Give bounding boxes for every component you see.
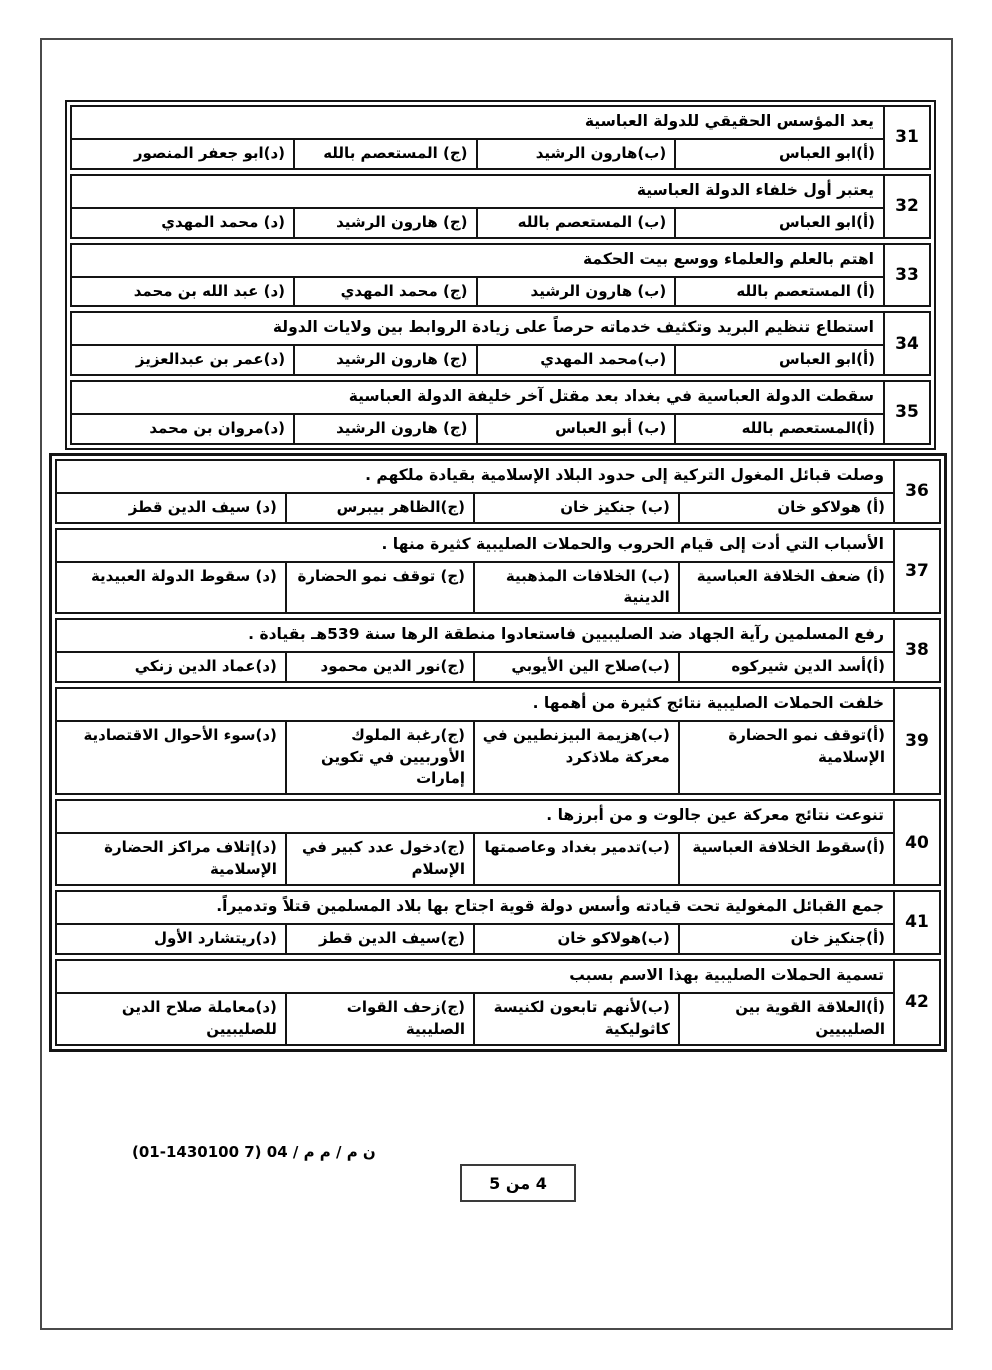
answer-options-row: (أ)ابو العباس(ب)محمد المهدي(ج) هارون الر… [72, 346, 883, 374]
answer-option: (ب)محمد المهدي [478, 346, 677, 374]
question-number: 36 [893, 461, 939, 522]
question-number: 32 [883, 176, 929, 237]
question-main: يعتبر أول خلفاء الدولة العباسية(أ)ابو ال… [72, 176, 883, 237]
questions-table-36-42: 36وصلت قبائل المغول التركية إلى حدود الب… [49, 453, 947, 1052]
question-block: 42تسمية الحملات الصليبية بهذا الاسم بسبب… [55, 959, 941, 1046]
answer-option: (ب)لأنهم تابعون لكنيسة كاثوليكية [475, 994, 680, 1044]
answer-option: (أ)جنكيز خان [680, 925, 893, 953]
question-block: 36وصلت قبائل المغول التركية إلى حدود الب… [55, 459, 941, 524]
question-block: 34استطاع تنظيم البريد وتكثيف خدماته حرصا… [70, 311, 931, 376]
answer-option: (ج)دخول عدد كبير في الإسلام [287, 834, 475, 884]
question-text: يعتبر أول خلفاء الدولة العباسية [72, 176, 883, 209]
question-block: 41جمع القبائل المغولية تحت قيادته وأسس د… [55, 890, 941, 955]
question-number: 38 [893, 620, 939, 681]
answer-option: (أ) المستعصم بالله [676, 278, 883, 306]
answer-option: (أ)توقف نمو الحضارة الإسلامية [680, 722, 893, 793]
answer-option: (د)عمر بن عبدالعزيز [72, 346, 295, 374]
question-text: تسمية الحملات الصليبية بهذا الاسم بسبب [57, 961, 893, 994]
question-number: 34 [883, 313, 929, 374]
question-main: يعد المؤسس الحقيقي للدولة العباسية(أ)ابو… [72, 107, 883, 168]
answer-option: (د) عبد الله بن محمد [72, 278, 295, 306]
question-number: 33 [883, 245, 929, 306]
page-number-box: 4 من 5 [460, 1164, 576, 1202]
question-number: 35 [883, 382, 929, 443]
question-block: 33اهتم بالعلم والعلماء ووسع بيت الحكمة(أ… [70, 243, 931, 308]
answer-option: (ب) هارون الرشيد [478, 278, 677, 306]
question-main: خلفت الحملات الصليبية نتائج كثيرة من أهم… [57, 689, 893, 793]
answer-option: (ج) هارون الرشيد [295, 346, 477, 374]
answer-option: (أ)أسد الدين شيركوه [680, 653, 893, 681]
question-text: يعد المؤسس الحقيقي للدولة العباسية [72, 107, 883, 140]
answer-option: (ج)زحف القوات الصليبية [287, 994, 475, 1044]
answer-option: (أ)ابو العباس [676, 346, 883, 374]
answer-options-row: (أ)توقف نمو الحضارة الإسلامية(ب)هزيمة ال… [57, 722, 893, 793]
answer-option: (ب) أبو العباس [478, 415, 677, 443]
answer-options-row: (أ)العلاقة القوية بين الصليبيين(ب)لأنهم … [57, 994, 893, 1044]
answer-option: (ج) توقف نمو الحضارة [287, 563, 475, 613]
answer-option: (أ) هولاكو خان [680, 494, 893, 522]
answer-option: (د) سيف الدين قطز [57, 494, 287, 522]
question-block: 40تنوعت نتائج معركة عين جالوت و من أبرزه… [55, 799, 941, 886]
question-main: وصلت قبائل المغول التركية إلى حدود البلا… [57, 461, 893, 522]
answer-option: (د)ريتشارد الأول [57, 925, 287, 953]
question-main: استطاع تنظيم البريد وتكثيف خدماته حرصاً … [72, 313, 883, 374]
question-text: خلفت الحملات الصليبية نتائج كثيرة من أهم… [57, 689, 893, 722]
question-number: 41 [893, 892, 939, 953]
question-number: 40 [893, 801, 939, 884]
answer-options-row: (أ) المستعصم بالله(ب) هارون الرشيد(ج) مح… [72, 278, 883, 306]
answer-options-row: (أ)ابو العباس(ب)هارون الرشيد(ج) المستعصم… [72, 140, 883, 168]
answer-option: (ج)رغبة الملوك الأوربيين في تكوين إمارات [287, 722, 475, 793]
question-text: جمع القبائل المغولية تحت قيادته وأسس دول… [57, 892, 893, 925]
question-text: سقطت الدولة العباسية في بغداد بعد مقتل آ… [72, 382, 883, 415]
question-text: اهتم بالعلم والعلماء ووسع بيت الحكمة [72, 245, 883, 278]
question-text: رفع المسلمين رآية الجهاد ضد الصليبيين فا… [57, 620, 893, 653]
answer-option: (أ)ابو العباس [676, 140, 883, 168]
answer-option: (ج)الظاهر بيبرس [287, 494, 475, 522]
answer-option: (ج) المستعصم بالله [295, 140, 477, 168]
answer-option: (د)عماد الدين زنكي [57, 653, 287, 681]
questions-table-31-35: 31يعد المؤسس الحقيقي للدولة العباسية(أ)ا… [65, 100, 936, 450]
question-main: تنوعت نتائج معركة عين جالوت و من أبرزها … [57, 801, 893, 884]
answer-option: (د) محمد المهدي [72, 209, 295, 237]
answer-option: (أ) ضعف الخلافة العباسية [680, 563, 893, 613]
question-block: 31يعد المؤسس الحقيقي للدولة العباسية(أ)ا… [70, 105, 931, 170]
question-main: جمع القبائل المغولية تحت قيادته وأسس دول… [57, 892, 893, 953]
question-number: 42 [893, 961, 939, 1044]
question-block: 32يعتبر أول خلفاء الدولة العباسية(أ)ابو … [70, 174, 931, 239]
answer-option: (أ)المستعصم بالله [676, 415, 883, 443]
question-main: تسمية الحملات الصليبية بهذا الاسم بسبب(أ… [57, 961, 893, 1044]
answer-option: (د)معاملة صلاح الدين للصليبيين [57, 994, 287, 1044]
answer-option: (ج)سيف الدين قطز [287, 925, 475, 953]
page-number-label: 4 من 5 [489, 1174, 547, 1193]
question-text: تنوعت نتائج معركة عين جالوت و من أبرزها … [57, 801, 893, 834]
document-code-arabic: ن م / م م / 04 [267, 1143, 376, 1161]
answer-option: (ب)هولاكو خان [475, 925, 680, 953]
answer-option: (أ)العلاقة القوية بين الصليبيين [680, 994, 893, 1044]
answer-option: (ب) جنكيز خان [475, 494, 680, 522]
answer-option: (د) سقوط الدولة العبيدية [57, 563, 287, 613]
answer-options-row: (أ)سقوط الخلافة العباسية(ب)تدمير بغداد و… [57, 834, 893, 884]
answer-option: (ب) المستعصم بالله [478, 209, 677, 237]
answer-option: (ب)صلاح الين الأيوبي [475, 653, 680, 681]
answer-option: (د)مروان بن محمد [72, 415, 295, 443]
answer-option: (أ)سقوط الخلافة العباسية [680, 834, 893, 884]
question-main: سقطت الدولة العباسية في بغداد بعد مقتل آ… [72, 382, 883, 443]
question-main: اهتم بالعلم والعلماء ووسع بيت الحكمة(أ) … [72, 245, 883, 306]
question-main: رفع المسلمين رآية الجهاد ضد الصليبيين فا… [57, 620, 893, 681]
question-block: 35سقطت الدولة العباسية في بغداد بعد مقتل… [70, 380, 931, 445]
question-text: وصلت قبائل المغول التركية إلى حدود البلا… [57, 461, 893, 494]
answer-option: (ج)نور الدين محمود [287, 653, 475, 681]
question-block: 38رفع المسلمين رآية الجهاد ضد الصليبيين … [55, 618, 941, 683]
answer-option: (د)سوء الأحوال الاقتصادية [57, 722, 287, 793]
answer-option: (ب)تدمير بغداد وعاصمتها [475, 834, 680, 884]
question-number: 31 [883, 107, 929, 168]
answer-options-row: (أ) ضعف الخلافة العباسية(ب) الخلافات الم… [57, 563, 893, 613]
question-number: 39 [893, 689, 939, 793]
document-code: ن م / م م / 04 (01-1430100 7) [132, 1143, 376, 1161]
answer-option: (ج) هارون الرشيد [295, 209, 477, 237]
document-code-number: (01-1430100 7) [132, 1143, 262, 1161]
question-text: الأسباب التي أدت إلى قيام الحروب والحملا… [57, 530, 893, 563]
question-block: 37الأسباب التي أدت إلى قيام الحروب والحم… [55, 528, 941, 615]
answer-options-row: (أ)جنكيز خان(ب)هولاكو خان(ج)سيف الدين قط… [57, 925, 893, 953]
answer-options-row: (أ) هولاكو خان(ب) جنكيز خان(ج)الظاهر بيب… [57, 494, 893, 522]
answer-option: (د)إتلاف مراكز الحضارة الإسلامية [57, 834, 287, 884]
answer-options-row: (أ)المستعصم بالله(ب) أبو العباس(ج) هارون… [72, 415, 883, 443]
question-block: 39خلفت الحملات الصليبية نتائج كثيرة من أ… [55, 687, 941, 795]
answer-options-row: (أ)ابو العباس(ب) المستعصم بالله(ج) هارون… [72, 209, 883, 237]
answer-options-row: (أ)أسد الدين شيركوه(ب)صلاح الين الأيوبي(… [57, 653, 893, 681]
answer-option: (د)ابو جعفر المنصور [72, 140, 295, 168]
answer-option: (ب)هارون الرشيد [478, 140, 677, 168]
answer-option: (ب)هزيمة البيزنطيين في معركة ملاذكرد [475, 722, 680, 793]
answer-option: (أ)ابو العباس [676, 209, 883, 237]
answer-option: (ج) هارون الرشيد [295, 415, 477, 443]
answer-option: (ب) الخلافات المذهبية الدينية [475, 563, 680, 613]
question-text: استطاع تنظيم البريد وتكثيف خدماته حرصاً … [72, 313, 883, 346]
question-number: 37 [893, 530, 939, 613]
question-main: الأسباب التي أدت إلى قيام الحروب والحملا… [57, 530, 893, 613]
page-frame: 31يعد المؤسس الحقيقي للدولة العباسية(أ)ا… [40, 38, 953, 1330]
answer-option: (ج) محمد المهدي [295, 278, 477, 306]
